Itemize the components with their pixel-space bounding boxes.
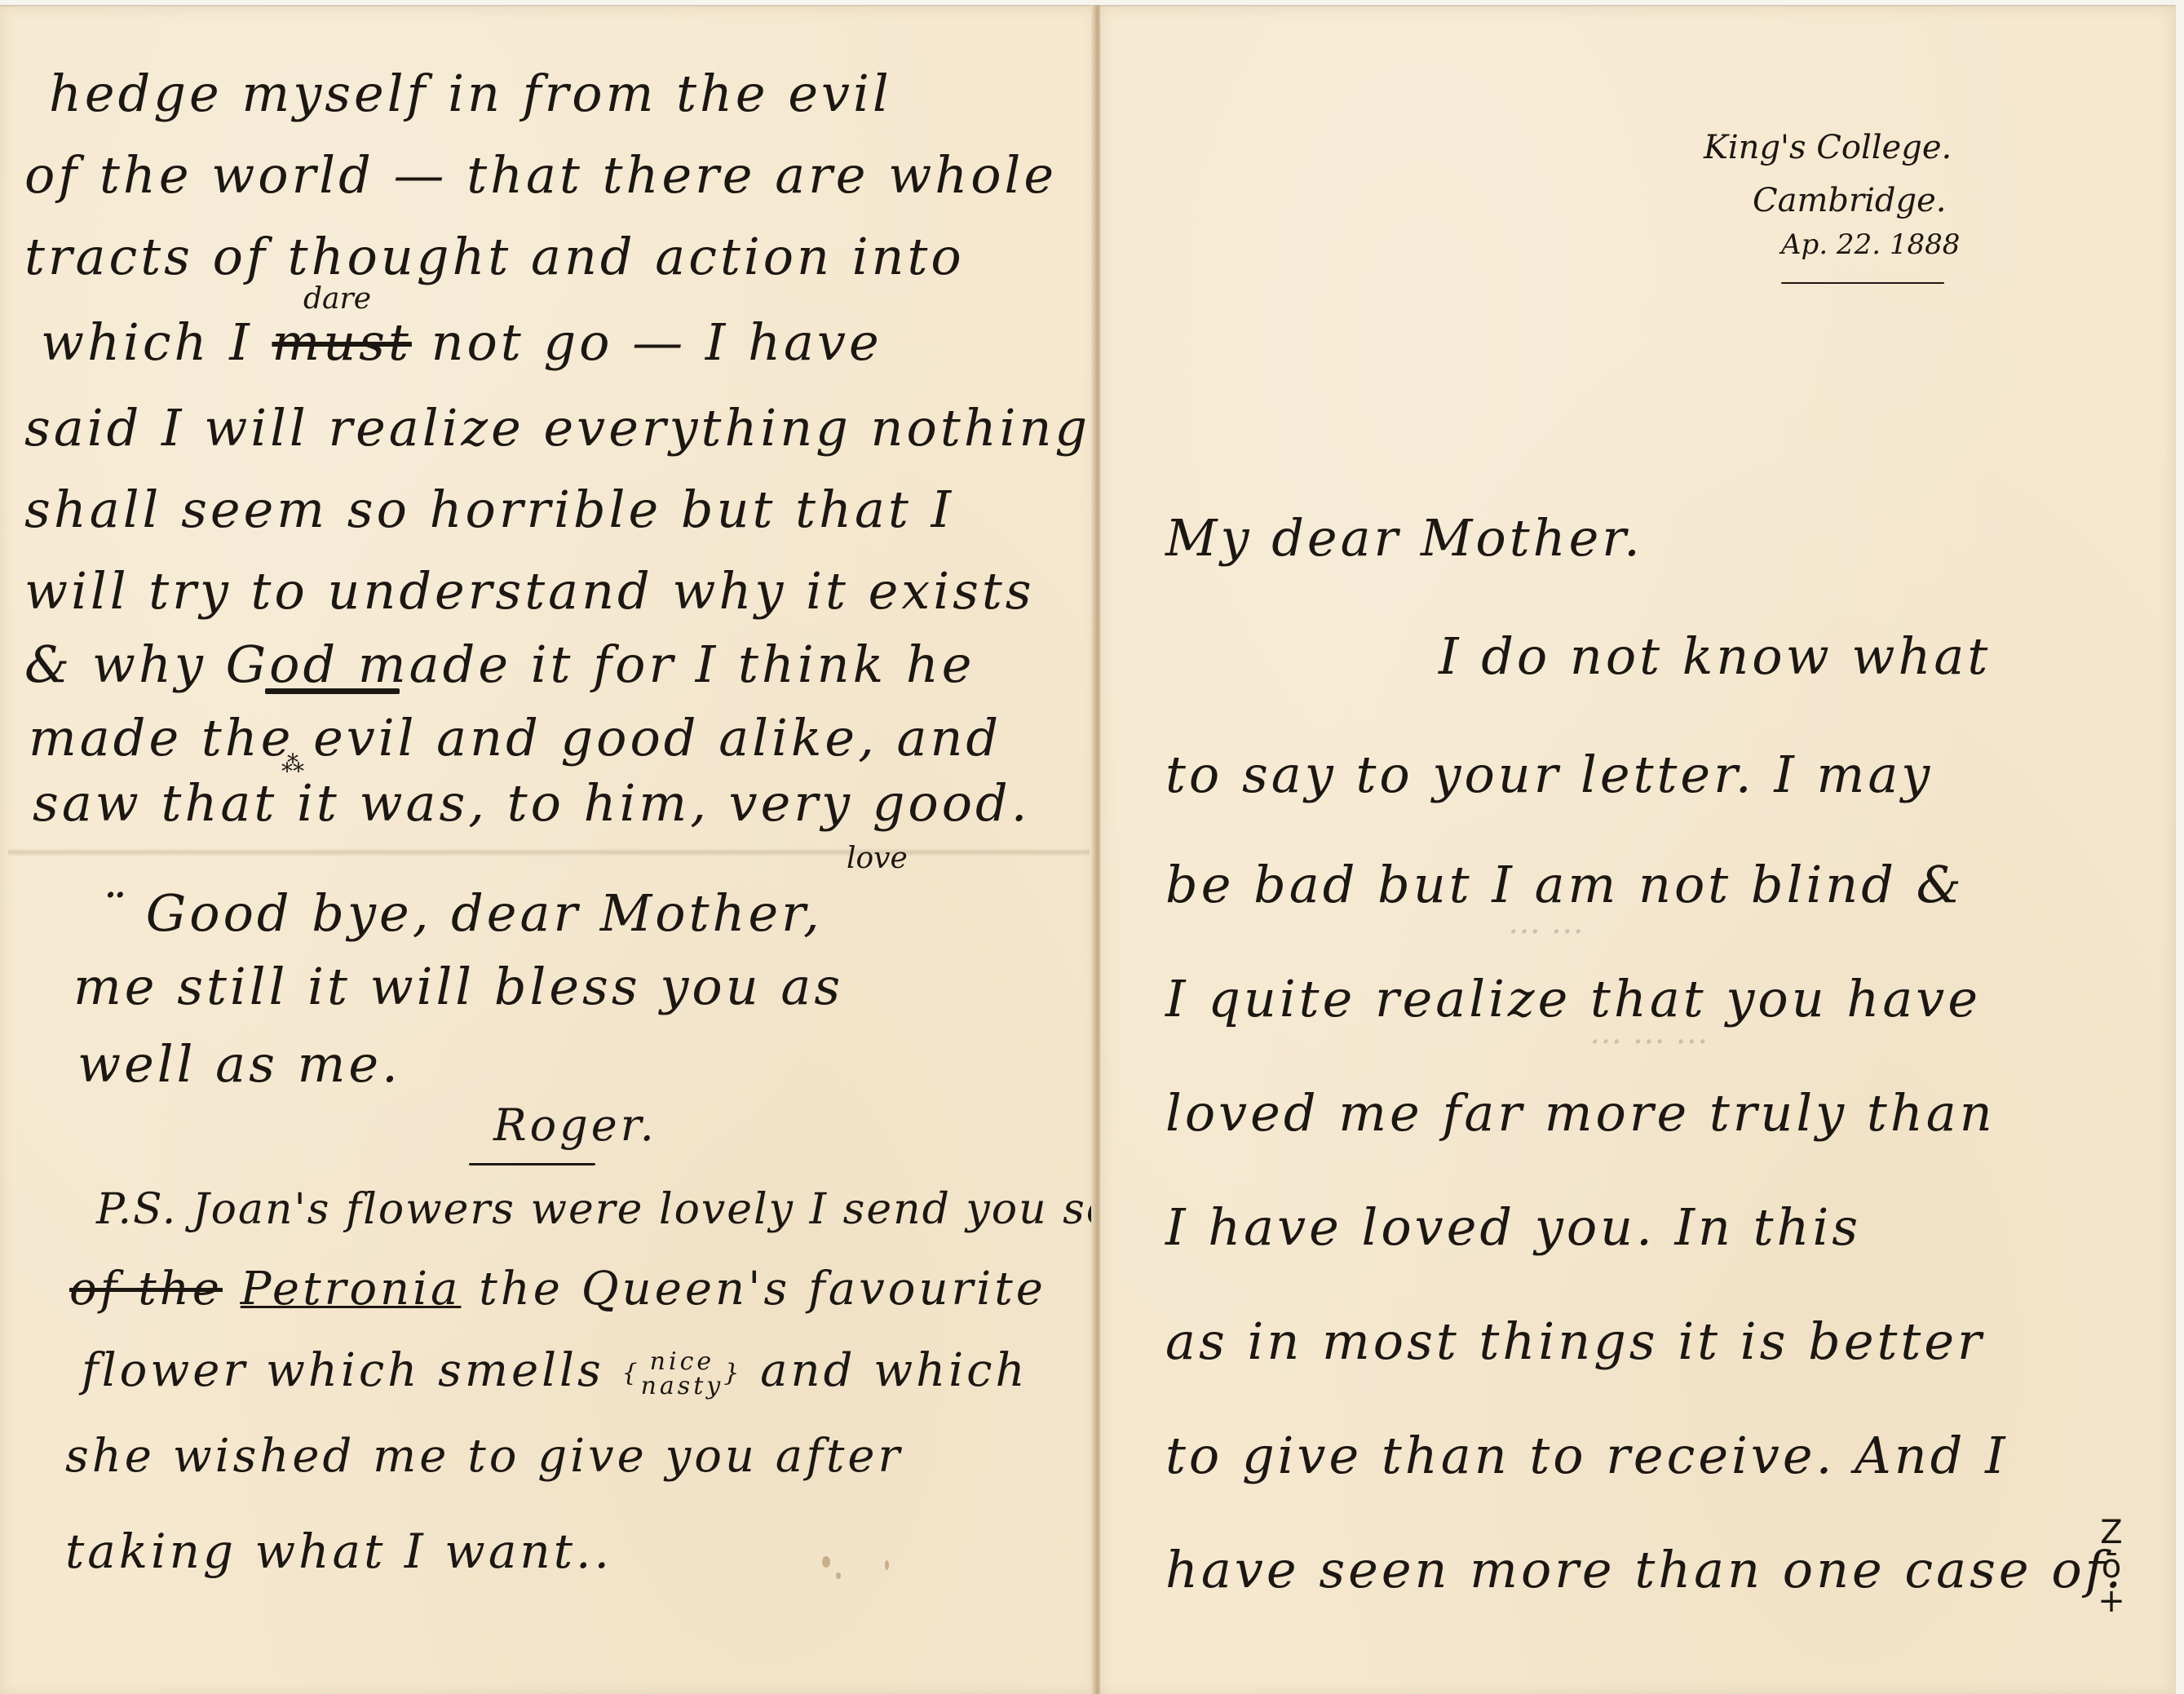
header-date: Ap. 22. 1888	[1781, 228, 1960, 261]
left-line-4: which I must not go — I have	[41, 312, 882, 372]
ps-line-2: of the Petronia the Queen's favourite	[69, 1263, 1046, 1316]
bleed-through-text: … … …	[1589, 1014, 1708, 1051]
horizontal-fold-crease	[8, 848, 1090, 856]
left-line-10: saw that it was, to him, very good.	[33, 773, 1030, 833]
closing-line-3: well as me.	[77, 1034, 401, 1094]
header-underline	[1781, 282, 1944, 284]
ps-line-4: she wished me to give you after	[65, 1430, 903, 1483]
salutation: My dear Mother.	[1165, 508, 1643, 568]
bleed-through-text: … …	[1508, 904, 1584, 941]
letter-spread: hedge myself in from the evil of the wor…	[0, 5, 2174, 1694]
ink-spot	[836, 1572, 841, 1579]
left-page: hedge myself in from the evil of the wor…	[0, 5, 1097, 1694]
scribbled-deletion	[265, 688, 400, 694]
left-line-9: made the evil and good alike, and	[29, 708, 1001, 767]
underlined-word-petronia: Petronia	[241, 1263, 462, 1316]
struck-words-of-the: of the	[69, 1263, 223, 1316]
ps-line-5: taking what I want..	[65, 1524, 612, 1579]
right-line-6: I have loved you. In this	[1165, 1197, 1861, 1257]
right-line-8: to give than to receive. And I	[1165, 1426, 2009, 1485]
ps-line-2-rest: the Queen's favourite	[479, 1263, 1046, 1316]
left-line-1: hedge myself in from the evil	[49, 64, 892, 123]
struck-word-must: must	[272, 312, 411, 372]
signature-underline	[469, 1163, 595, 1165]
right-page: King's College. Cambridge. Ap. 22. 1888 …	[1100, 5, 2176, 1694]
left-line-6: shall seem so horrible but that I	[24, 480, 954, 539]
right-line-4: I quite realize that you have	[1165, 969, 1981, 1028]
header-town: Cambridge.	[1753, 182, 1947, 219]
ps-line-3: flower which smells {nicenasty} and whic…	[82, 1344, 1028, 1399]
ps-line-3-end: and which	[760, 1344, 1028, 1397]
signature: Roger.	[493, 1099, 657, 1151]
right-line-2: to say to your letter. I may	[1165, 745, 1933, 804]
ink-spot	[885, 1560, 889, 1570]
margin-page-mark: Z ō +	[2093, 1515, 2129, 1618]
right-line-5: loved me far more truly than	[1165, 1083, 1996, 1143]
right-line-7: as in most things it is better	[1165, 1311, 1985, 1371]
closing-line-2: me still it will bless you as	[73, 957, 843, 1016]
inserted-word-dare: dare	[303, 282, 371, 316]
left-line-2: of the world — that there are whole	[24, 145, 1057, 205]
header-college: King's College.	[1704, 129, 1952, 166]
left-line-3: tracts of thought and action into	[24, 227, 965, 286]
left-line-8: & why God made it for I think he	[24, 635, 975, 694]
ps-line-1: P.S. Joan's flowers were lovely I send y…	[96, 1185, 1182, 1234]
ps-line-3-start: flower which smells	[82, 1344, 604, 1397]
smell-choice-bracket: {nicenasty}	[622, 1350, 743, 1399]
left-line-5: said I will realize everything nothing	[24, 398, 1090, 458]
left-line-7: will try to understand why it exists	[24, 561, 1035, 621]
closing-line-1: ¨ Good bye, dear Mother,	[98, 883, 823, 943]
choice-nasty: nasty	[641, 1372, 724, 1400]
right-line-1: I do not know what	[1439, 626, 1991, 686]
ink-spot	[822, 1556, 830, 1568]
left-line-4-end: not go — I have	[431, 312, 882, 372]
inserted-word-love: love	[847, 842, 908, 875]
right-line-9: have seen more than one case of.	[1165, 1540, 2124, 1599]
left-line-4-start: which I	[41, 312, 253, 372]
